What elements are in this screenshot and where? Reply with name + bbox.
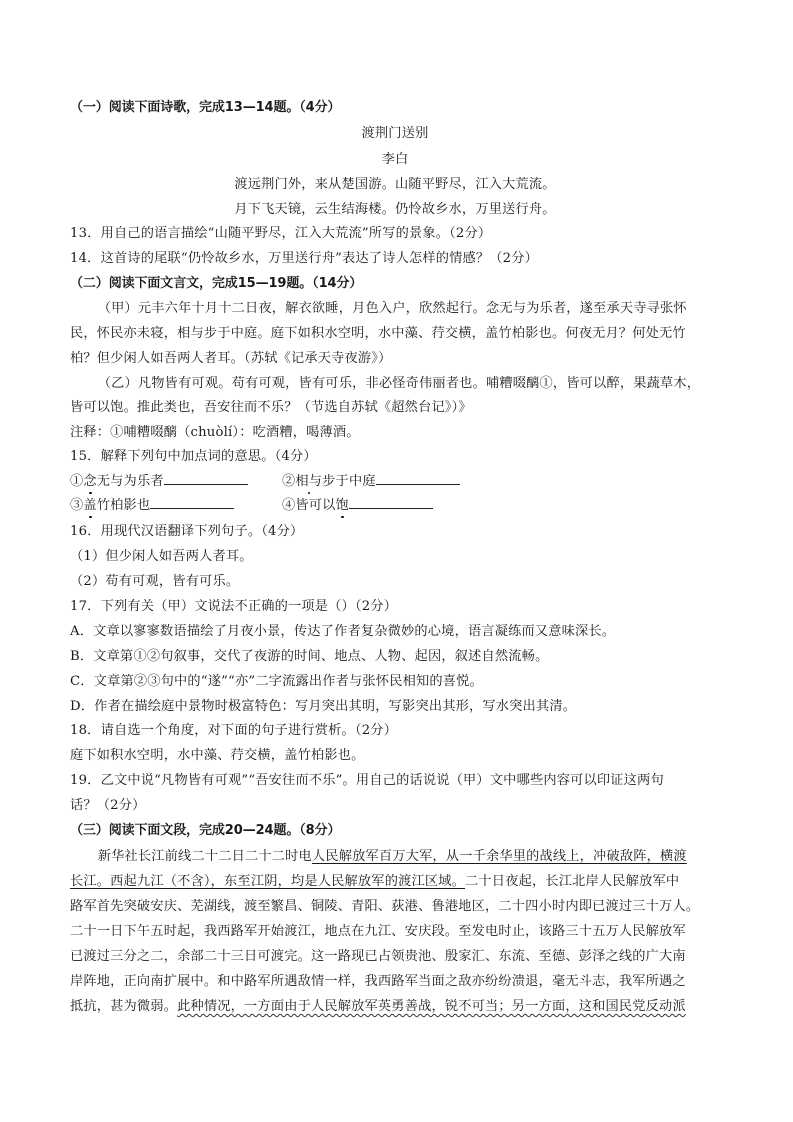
question-16-stem: 16．用现代汉语翻译下列句子。（4分）	[70, 523, 303, 541]
yi-line-2: 皆可以饱。推此类也，吾安往而不乐？（节选自苏轼《超然台记》）》	[70, 399, 472, 417]
jia-line-1: （甲）元丰六年十月十二日夜，解衣欲睡，月色入户，欣然起行。念无与为乐者，遂至承天…	[70, 300, 687, 318]
q15-item-1: ①念无与为乐者	[70, 472, 248, 491]
question-14: 14．这首诗的尾联“仍怜故乡水，万里送行舟”表达了诗人怎样的情感？（2分）	[70, 250, 538, 268]
passage-line-2: 长江。西起九江（不含），东至江阴，均是人民解放军的渡江区域。二十日夜起，长江北岸…	[70, 873, 679, 891]
answer-blank[interactable]	[349, 496, 433, 509]
passage-line-7: 抵抗，甚为微弱。此种情况，一方面由于人民解放军英勇善战，锐不可当；另一方面，这和…	[70, 998, 686, 1016]
poem-title: 渡荆门送别	[70, 125, 720, 143]
yi-line-1: （乙）凡物皆有可观。苟有可观，皆有可乐，非必怪奇伟丽者也。哺糟啜醨①，皆可以醉，…	[70, 375, 700, 393]
answer-blank[interactable]	[150, 496, 234, 509]
q17-option-d: D．作者在描绘庭中景物时极富特色：写月突出其明，写影突出其形，写水突出其清。	[70, 698, 576, 716]
dotted-word: 盖	[83, 498, 96, 513]
passage-line-6: 岸阵地，正向南扩展中。和中路军所遇敌情一样，我西路军当面之敌亦纷纷溃退，毫无斗志…	[70, 973, 686, 991]
q17-option-b: B．文章第①②句叙事，交代了夜游的时间、地点、人物、起因，叙述自然流畅。	[70, 648, 548, 666]
poem-line-1: 渡远荆门外，来从楚国游。山随平野尽，江入大荒流。	[70, 176, 720, 194]
poem-line-2: 月下飞天镜，云生结海楼。仍怜故乡水，万里送行舟。	[70, 201, 720, 219]
question-19-line-2: 话？（2分）	[70, 797, 146, 815]
dotted-word: 饱	[336, 498, 349, 513]
jia-line-2: 民，怀民亦未寝，相与步于中庭。庭下如积水空明，水中藻、荇交横，盖竹柏影也。何夜无…	[70, 325, 686, 343]
section1-heading: （一）阅读下面诗歌，完成13—14题。（4分）	[70, 99, 340, 117]
q15-item-2: ②相与步于中庭	[282, 472, 460, 491]
question-15-stem: 15．解释下列句中加点词的意思。（4分）	[70, 448, 317, 466]
q16-item-1: （1）但少闲人如吾两人者耳。	[70, 548, 253, 566]
question-19-line-1: 19．乙文中说“凡物皆有可观”“吾安往而不乐”。用自己的话说说（甲）文中哪些内容…	[70, 772, 664, 790]
answer-blank[interactable]	[376, 472, 460, 485]
question-17-stem: 17．下列有关（甲）文说法不正确的一项是（）（2分）	[70, 598, 397, 616]
q16-item-2: （2）苟有可观，皆有可乐。	[70, 573, 239, 591]
q18-sentence: 庭下如积水空明，水中藻、荇交横，盖竹柏影也。	[70, 747, 365, 765]
answer-blank[interactable]	[164, 472, 248, 485]
underlined-text: 人民解放军百万大军，从一千余华里的战线上，冲破敌阵，横渡	[312, 849, 687, 864]
section3-heading: （三）阅读下面文段，完成20—24题。（8分）	[70, 822, 340, 840]
dotted-word: 念	[83, 474, 96, 489]
jia-line-3: 柏？但少闲人如吾两人者耳。（苏轼《记承天寺夜游》）	[70, 350, 392, 368]
wavy-underlined-text: 此种情况，一方面由于人民解放军英勇善战，锐不可当；另一方面，这和国民党反动派	[177, 999, 686, 1014]
question-18-stem: 18．请自选一个角度，对下面的句子进行赏析。（2分）	[70, 722, 397, 740]
passage-line-5: 已渡过三分之二，余部二十三日可渡完。这一路现已占领贵池、殷家汇、东流、至德、彭泽…	[70, 948, 686, 966]
dotted-word: 相与	[295, 474, 322, 489]
q17-option-c: C．文章第②③句中的“遂”“亦”二字流露出作者与张怀民相知的喜悦。	[70, 673, 483, 691]
q17-option-a: A．文章以寥寥数语描绘了月夜小景，传达了作者复杂微妙的心境，语言凝练而又意味深长…	[70, 623, 615, 641]
annotation-note: 注释：①哺糟啜醨（chuòlí）：吃酒糟，喝薄酒。	[70, 424, 360, 442]
q15-item-3: ③盖竹柏影也	[70, 496, 234, 515]
section2-heading: （二）阅读下面文言文，完成15—19题。（14分）	[70, 275, 362, 293]
q15-item-4: ④皆可以饱	[282, 496, 433, 515]
poem-author: 李白	[70, 151, 720, 169]
question-13: 13．用自己的语言描绘“山随平野尽，江入大荒流”所写的景象。（2分）	[70, 225, 491, 243]
passage-line-4: 二十一日下午五时起，我西路军开始渡江，地点在九江、安庆段。至发电时止，该路三十五…	[70, 923, 686, 941]
passage-line-1: 新华社长江前线二十二日二十二时电人民解放军百万大军，从一千余华里的战线上，冲破敌…	[70, 848, 687, 866]
underlined-text: 长江。西起九江（不含），东至江阴，均是人民解放军的渡江区域。	[70, 874, 465, 889]
passage-line-3: 路军首先突破安庆、芜湖线，渡至繁昌、铜陵、青阳、荻港、鲁港地区，二十四小时内即已…	[70, 898, 699, 916]
